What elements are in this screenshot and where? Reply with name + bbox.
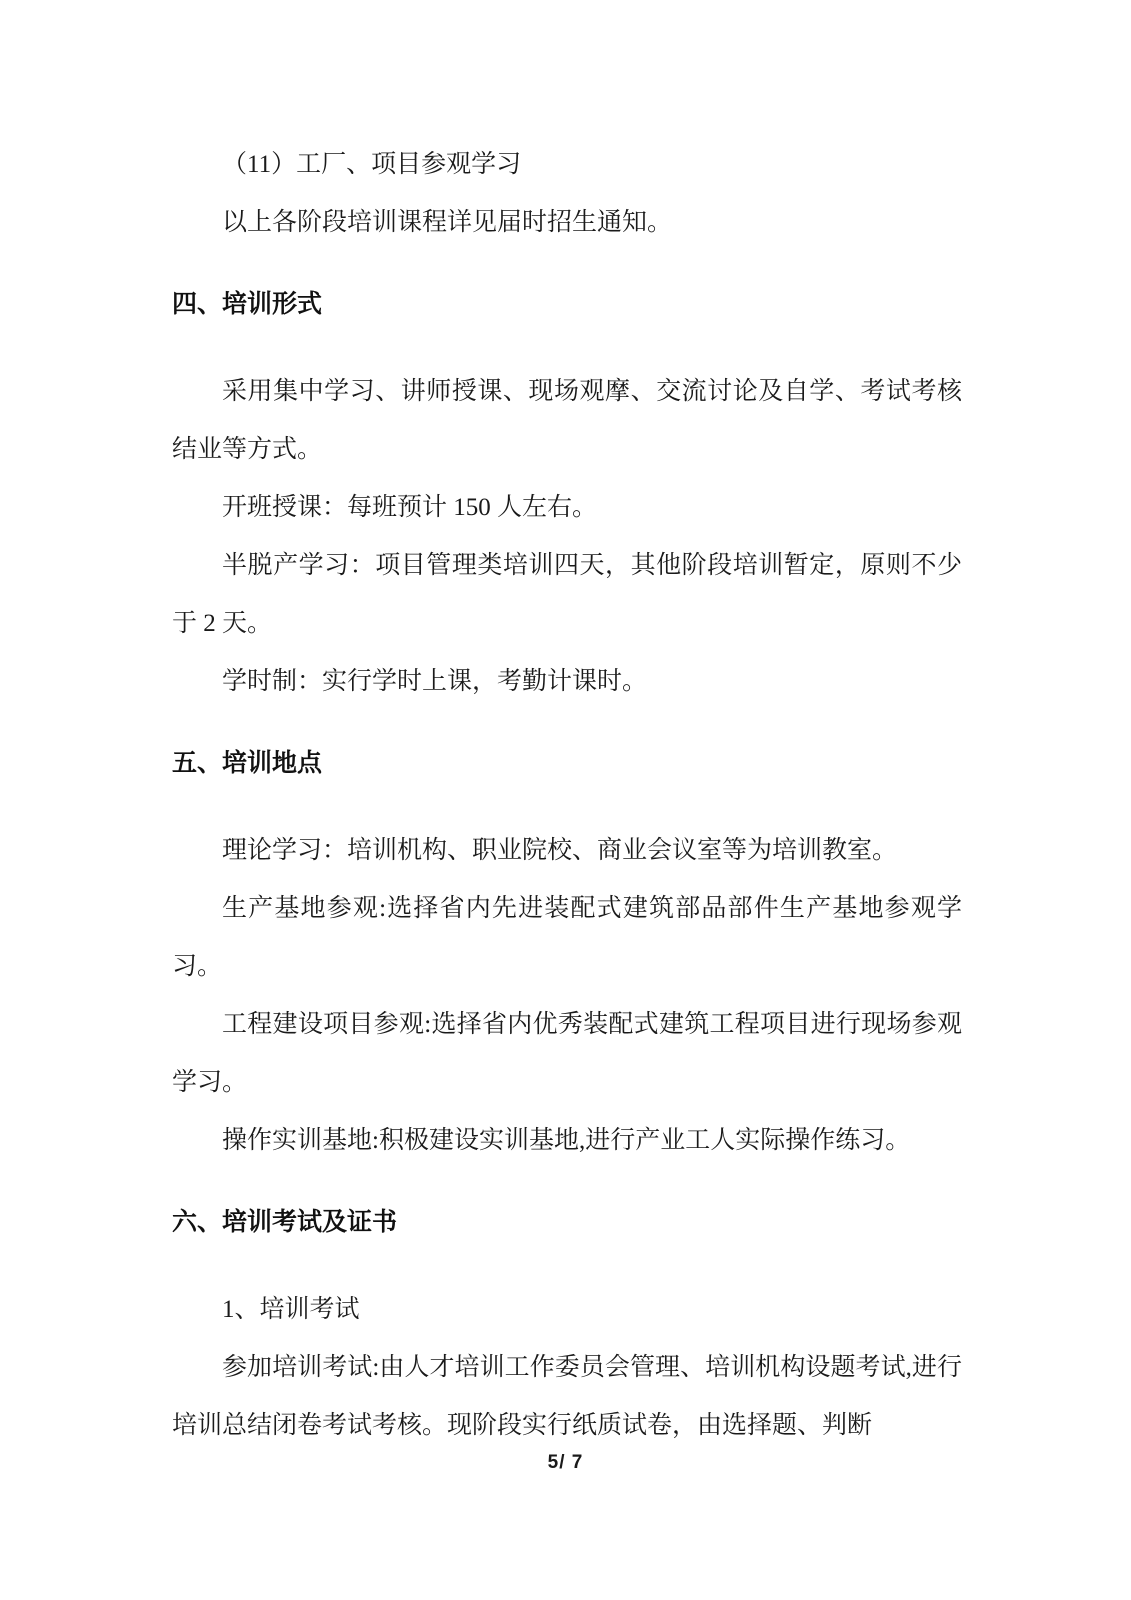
paragraph-course-notice: 以上各阶段培训课程详见届时招生通知。 <box>172 194 962 252</box>
section-heading-exam-cert: 六、培训考试及证书 <box>172 1194 962 1252</box>
paragraph-credit-hours: 学时制：实行学时上课，考勤计课时。 <box>172 653 962 711</box>
paragraph-production-base: 生产基地参观:选择省内先进装配式建筑部品部件生产基地参观学习。 <box>172 880 962 996</box>
paragraph-practice-base: 操作实训基地:积极建设实训基地,进行产业工人实际操作练习。 <box>172 1112 962 1170</box>
paragraph-factory-visit: （11）工厂、项目参观学习 <box>172 136 962 194</box>
paragraph-class-size: 开班授课：每班预计 150 人左右。 <box>172 479 962 537</box>
page-number: 5/ 7 <box>0 1452 1131 1474</box>
paragraph-training-methods: 采用集中学习、讲师授课、现场观摩、交流讨论及自学、考试考核结业等方式。 <box>172 363 962 479</box>
section-heading-training-place: 五、培训地点 <box>172 735 962 793</box>
document-body: （11）工厂、项目参观学习 以上各阶段培训课程详见届时招生通知。 四、培训形式 … <box>172 136 962 1455</box>
paragraph-part-time-study: 半脱产学习：项目管理类培训四天，其他阶段培训暂定，原则不少于 2 天。 <box>172 537 962 653</box>
paragraph-exam-subheading: 1、培训考试 <box>172 1281 962 1339</box>
paragraph-theory-study: 理论学习：培训机构、职业院校、商业会议室等为培训教室。 <box>172 822 962 880</box>
section-heading-training-form: 四、培训形式 <box>172 276 962 334</box>
paragraph-project-visit: 工程建设项目参观:选择省内优秀装配式建筑工程项目进行现场参观学习。 <box>172 996 962 1112</box>
paragraph-exam-details: 参加培训考试:由人才培训工作委员会管理、培训机构设题考试,进行培训总结闭卷考试考… <box>172 1339 962 1455</box>
